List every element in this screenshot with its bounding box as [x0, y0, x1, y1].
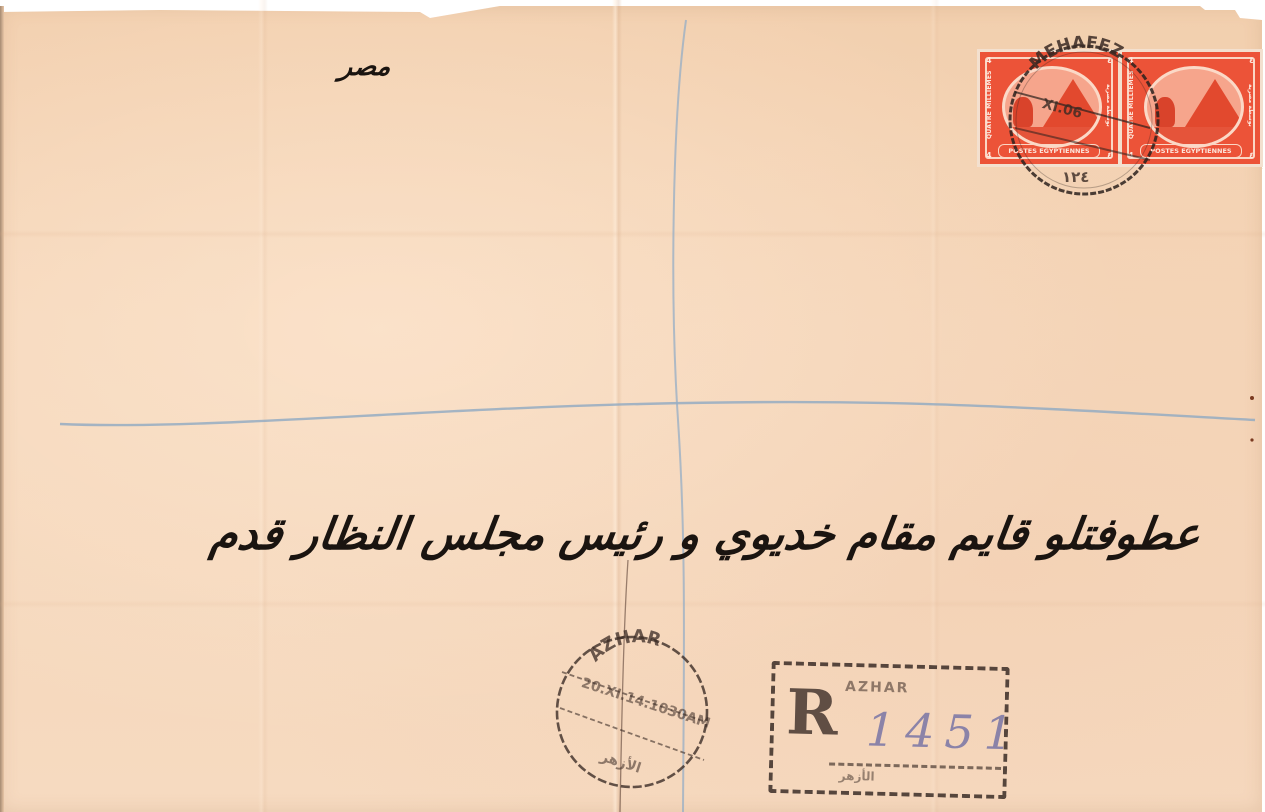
postmark-bottom: الأزهر: [597, 747, 643, 776]
svg-text:AZHAR: AZHAR: [584, 626, 663, 666]
registration-letter: R: [786, 677, 832, 748]
postmark-town: AZHAR: [584, 626, 663, 666]
registration-number: 1451: [865, 699, 997, 762]
postmark-date: 20.XI.14.1030AM: [579, 675, 712, 732]
registration-label: R AZHAR 1451 الأزهر: [768, 661, 1009, 799]
arrival-postmark: AZHAR 20.XI.14.1030AM الأزهر: [0, 0, 1265, 812]
